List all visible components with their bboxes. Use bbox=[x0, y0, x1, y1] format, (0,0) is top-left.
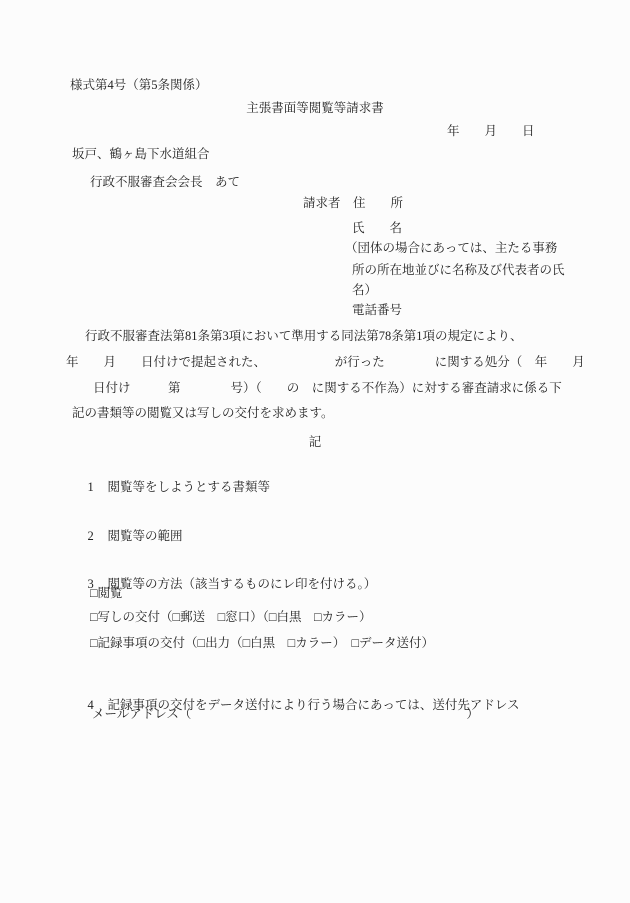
requester-name-line: 氏 名 bbox=[352, 220, 402, 237]
body-paragraph-line-4: 記の書類等の閲覧又は写しの交付を求めます。 bbox=[72, 405, 334, 422]
email-address-line: メールアドレス（ ） bbox=[92, 706, 479, 723]
org-note-line-3: 名） bbox=[352, 282, 377, 299]
addressee-to: 行政不服審査会会長 あて bbox=[90, 174, 240, 191]
requester-address-line: 請求者 住 所 bbox=[303, 195, 403, 212]
list-item-2: 2閲覧等の範囲 bbox=[75, 511, 183, 528]
item-2-label: 閲覧等の範囲 bbox=[108, 529, 183, 543]
body-paragraph-line-3: 日付け 第 号）（ の に関する不作為）に対する審査請求に係る下 bbox=[93, 380, 562, 397]
item-1-label: 閲覧等をしようとする書類等 bbox=[108, 480, 271, 494]
body-paragraph-line-2: 年 月 日付けで提起された、 が行った に関する処分（ 年 月 bbox=[66, 354, 585, 371]
item-2-number: 2 bbox=[88, 528, 108, 545]
list-marker: 記 bbox=[0, 434, 630, 451]
org-note-line-1: （団体の場合にあっては、主たる事務 bbox=[345, 240, 557, 257]
form-number: 様式第4号（第5条関係） bbox=[70, 77, 208, 94]
document-title: 主張書面等閲覧等請求書 bbox=[0, 100, 630, 117]
method-option-copy: □写しの交付（□郵送 □窓口）（□白黒 □カラー） bbox=[90, 609, 372, 626]
document-page: 様式第4号（第5条関係） 主張書面等閲覧等請求書 年 月 日 坂戸、鶴ヶ島下水道… bbox=[0, 0, 630, 903]
addressee-organization: 坂戸、鶴ヶ島下水道組合 bbox=[72, 146, 210, 163]
date-line: 年 月 日 bbox=[447, 123, 535, 140]
method-option-view: □閲覧 bbox=[90, 585, 123, 602]
list-item-3: 3閲覧等の方法（該当するものにレ印を付ける。） bbox=[75, 559, 376, 576]
list-item-1: 1閲覧等をしようとする書類等 bbox=[75, 462, 270, 479]
item-1-number: 1 bbox=[88, 479, 108, 496]
list-item-4: 4記録事項の交付をデータ送付により行う場合にあっては、送付先アドレス bbox=[75, 680, 520, 697]
phone-number-label: 電話番号 bbox=[352, 302, 402, 319]
org-note-line-2: 所の所在地並びに名称及び代表者の氏 bbox=[352, 262, 565, 279]
body-paragraph-line-1: 行政不服審査法第81条第3項において準用する同法第78条第1項の規定により、 bbox=[85, 328, 523, 345]
item-3-label: 閲覧等の方法（該当するものにレ印を付ける。） bbox=[108, 577, 377, 591]
method-option-record: □記録事項の交付（□出力（□白黒 □カラー） □データ送付） bbox=[90, 635, 434, 652]
